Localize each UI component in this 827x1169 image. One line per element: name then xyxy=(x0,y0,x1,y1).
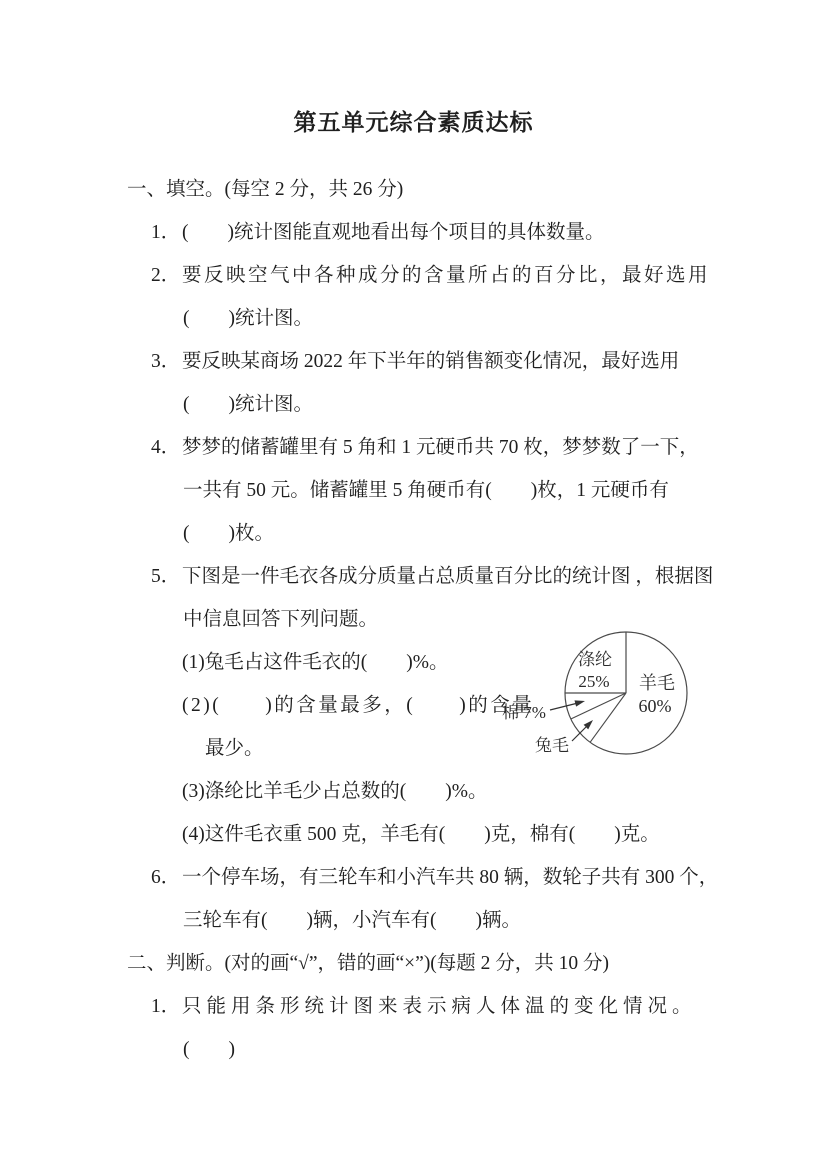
pie-callout-cotton-label: 棉 7% xyxy=(502,703,546,722)
fill-question-5-sub-3: (3)涤纶比羊毛少占总数的( )%。 xyxy=(182,770,827,813)
judge-question-1-text: 只能用条形统计图来表示病人体温的变化情况。 xyxy=(182,996,697,1017)
fill-question-5-number: 5． xyxy=(151,555,182,598)
section-fill-heading: 一、填空。(每空 2 分，共 26 分) xyxy=(127,168,827,211)
judge-question-1-answer-blank: ( ) xyxy=(183,1028,827,1071)
fill-question-5: 5．下图是一件毛衣各成分质量占总质量百分比的统计图 ，根据图 xyxy=(151,555,827,598)
pie-chart: 涤纶 25% 羊毛 60% 棉 7% 兔毛 xyxy=(492,608,736,772)
page-title: 第五单元综合素质达标 xyxy=(0,0,827,138)
fill-question-2-text: 要反映空气中各种成分的含量所占的百分比，最好选用 xyxy=(182,265,710,286)
fill-question-5-text: 下图是一件毛衣各成分质量占总质量百分比的统计图 ，根据图 xyxy=(182,566,713,587)
fill-question-1-number: 1． xyxy=(151,211,182,254)
pie-callout-rabbit-label: 兔毛 xyxy=(535,736,569,755)
fill-question-6-number: 6． xyxy=(151,856,182,899)
fill-question-2-number: 2． xyxy=(151,254,182,297)
pie-label-polyester: 涤纶 xyxy=(578,650,612,669)
worksheet-page: 第五单元综合素质达标 一、填空。(每空 2 分，共 26 分) 1．( )统计图… xyxy=(0,0,827,1169)
fill-question-4: 4．梦梦的储蓄罐里有 5 角和 1 元硬币共 70 枚，梦梦数了一下， xyxy=(151,426,827,469)
fill-question-3: 3．要反映某商场 2022 年下半年的销售额变化情况，最好选用 xyxy=(151,340,827,383)
judge-question-1: 1．只能用条形统计图来表示病人体温的变化情况。 xyxy=(151,985,827,1028)
fill-question-2-continuation: ( )统计图。 xyxy=(183,297,827,340)
fill-question-2: 2．要反映空气中各种成分的含量所占的百分比，最好选用 xyxy=(151,254,827,297)
fill-question-6-text: 一个停车场，有三轮车和小汽车共 80 辆，数轮子共有 300 个， xyxy=(182,867,718,888)
fill-question-1-text: ( )统计图能直观地看出每个项目的具体数量。 xyxy=(182,222,605,243)
fill-question-4-continuation-2: ( )枚。 xyxy=(183,512,827,555)
pie-value-wool: 60% xyxy=(639,696,672,716)
fill-question-3-text: 要反映某商场 2022 年下半年的销售额变化情况，最好选用 xyxy=(182,351,679,372)
pie-value-polyester: 25% xyxy=(578,672,609,691)
fill-question-4-continuation-1: 一共有 50 元。储蓄罐里 5 角硬币有( )枚，1 元硬币有 xyxy=(183,469,827,512)
pie-chart-svg: 涤纶 25% 羊毛 60% 棉 7% 兔毛 xyxy=(492,608,736,772)
fill-question-1: 1．( )统计图能直观地看出每个项目的具体数量。 xyxy=(151,211,827,254)
fill-question-4-text: 梦梦的储蓄罐里有 5 角和 1 元硬币共 70 枚，梦梦数了一下， xyxy=(182,437,699,458)
judge-question-1-number: 1． xyxy=(151,985,182,1028)
fill-question-6: 6．一个停车场，有三轮车和小汽车共 80 辆，数轮子共有 300 个， xyxy=(151,856,827,899)
section-judge-heading: 二、判断。(对的画“√”，错的画“×”)(每题 2 分，共 10 分) xyxy=(127,942,827,985)
pie-label-wool: 羊毛 xyxy=(639,673,675,693)
fill-question-5-sub-4: (4)这件毛衣重 500 克，羊毛有( )克，棉有( )克。 xyxy=(182,813,827,856)
fill-question-3-number: 3． xyxy=(151,340,182,383)
fill-question-6-continuation: 三轮车有( )辆，小汽车有( )辆。 xyxy=(183,899,827,942)
fill-question-3-continuation: ( )统计图。 xyxy=(183,383,827,426)
fill-question-4-number: 4． xyxy=(151,426,182,469)
